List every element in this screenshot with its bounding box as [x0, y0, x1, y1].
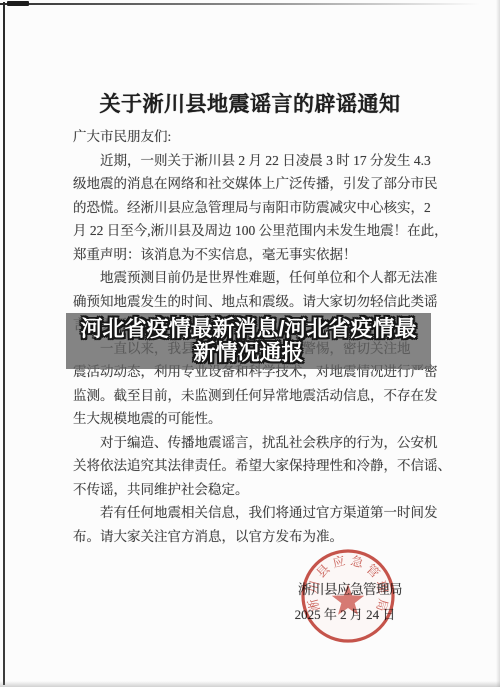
- body-line: 近期，一则关于淅川县 2 月 22 日凌晨 3 时 17 分发生 4.3: [73, 149, 437, 173]
- body-line: 监测。截至目前，未监测到任何异常地震活动信息，不存在发: [73, 384, 437, 408]
- body-line: 生大规模地震的可能性。: [73, 407, 437, 431]
- scan-corner-mark: [7, 1, 29, 6]
- body-line: 的恐慌。经淅川县应急管理局与南阳市防震减灾中心核实，2: [73, 196, 437, 220]
- body-line: 对于编造、传播地震谣言，扰乱社会秩序的行为，公安机: [73, 431, 437, 455]
- salutation-line: 广大市民朋友们:: [73, 125, 437, 149]
- body-line: 确预知地震发生的时间、地点和震级。请大家切勿轻信此类谣: [73, 290, 437, 314]
- scan-edge-top-line: [0, 3, 500, 5]
- banner-text-line2: 新情况通报: [193, 341, 303, 365]
- body-line: 不传谣，共同维护社会稳定。: [73, 478, 437, 502]
- body-line: 地震预测目前仍是世界性难题，任何单位和个人都无法准: [73, 266, 437, 290]
- body-line: 级地震的消息在网络和社交媒体上广泛传播，引发了部分市民: [73, 172, 437, 196]
- scan-edge-bottom-shade: [0, 681, 500, 687]
- body-line: 郑重声明：该消息为不实信息，毫无事实依据！: [73, 243, 437, 267]
- body-line: 关将依法追究其法律责任。希望大家保持理性和冷静，不信谣、: [73, 454, 437, 478]
- notice-title: 关于淅川县地震谣言的辟谣通知: [0, 88, 500, 118]
- banner-text-line1: 河北省疫情最新消息/河北省疫情最: [80, 317, 416, 341]
- body-line: 若有任何地震相关信息，我们将通过官方渠道第一时间发: [73, 501, 437, 525]
- official-seal-stamp: 淅川县应急管理局: [294, 542, 402, 650]
- news-overlay-banner: 河北省疫情最新消息/河北省疫情最 新情况通报: [66, 313, 431, 369]
- body-line: 月 22 日至今,淅川县及周边 100 公里范围内未发生地震！在此，: [73, 219, 437, 243]
- scanned-notice-page: 关于淅川县地震谣言的辟谣通知 广大市民朋友们: 近期，一则关于淅川县 2 月 2…: [0, 0, 500, 687]
